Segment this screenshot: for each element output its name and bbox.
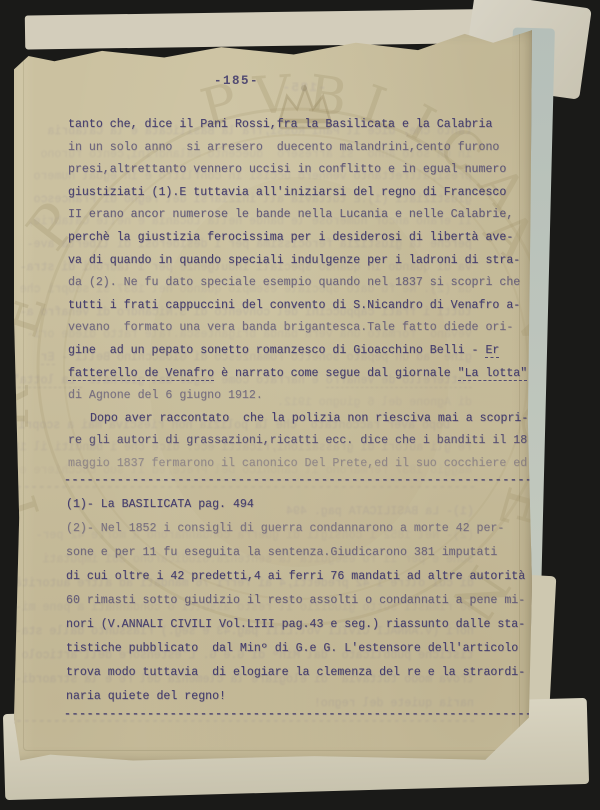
text-segment: in un solo anno si arresero duecento mal… (68, 141, 499, 154)
text-segment: è narrato come segue dal giornale (214, 367, 458, 380)
text-segment: sone e per 11 fu eseguita la sentenza.Gi… (66, 546, 497, 559)
typewritten-line: di cui oltre i 42 predetti,4 ai ferri 76… (66, 565, 532, 589)
typewritten-line: tutti i frati cappuccini del convento di… (68, 295, 530, 318)
typewritten-line: vevano formato una vera banda brigantesc… (68, 317, 530, 340)
underlined-text: fatterello de Venafro (68, 367, 214, 381)
footnotes: (1)- La BASILICATA pag. 494(2)- Nel 1852… (66, 493, 532, 709)
typewritten-line: nori (V.ANNALI CIVILI Vol.LIII pag.43 e … (66, 613, 532, 637)
typewritten-line: maggio 1837 fermarono il canonico Del Pr… (68, 453, 530, 476)
typewritten-line: sone e per 11 fu eseguita la sentenza.Gi… (66, 541, 532, 565)
typewritten-line: fatterello de Venafro è narrato come seg… (68, 363, 530, 386)
typewritten-line: tistiche pubblicato dal Minº di G.e G. L… (66, 637, 532, 661)
typewritten-line: (2)- Nel 1852 i consigli di guerra conda… (66, 517, 532, 541)
typewritten-line: II erano ancor numerose le bande nella L… (68, 204, 530, 227)
typewritten-line: va di quando in quando speciali indulgen… (68, 250, 530, 273)
text-segment: nori (V.ANNALI CIVILI Vol.LIII pag.43 e … (66, 618, 525, 631)
underlined-text: Er (485, 344, 499, 358)
footnote-separator: ----------------------------------------… (64, 474, 534, 487)
typewritten-line: (1)- La BASILICATA pag. 494 (66, 493, 532, 517)
scanned-book-page-scene: PVBLICA P E R I A V G E N -185- tanto ch… (0, 0, 600, 810)
text-segment: giustiziati (1).E tuttavia all'iniziarsi… (68, 186, 506, 199)
text-segment: vevano formato una vera banda brigantesc… (68, 321, 513, 334)
underlined-text: "La lotta" (458, 367, 528, 381)
typewritten-line: tanto che, dice il Pani Rossi,fra la Bas… (68, 114, 530, 137)
text-segment: tistiche pubblicato dal Minº di G.e G. L… (66, 642, 518, 655)
text-segment: da (2). Ne fu dato speciale esempio quan… (68, 276, 520, 289)
text-segment: (2)- Nel 1852 i consigli di guerra conda… (66, 522, 504, 535)
typewritten-line: gine ad un pepato sonetto romanzesco di … (68, 340, 530, 363)
document-page: PVBLICA P E R I A V G E N -185- tanto ch… (14, 22, 532, 762)
text-segment: presi,altrettanto vennero uccisi in conf… (68, 163, 506, 176)
typewritten-line: re gli autori di grassazioni,ricatti ecc… (68, 430, 530, 453)
text-segment: trova modo tuttavia di elogiare la cleme… (66, 666, 525, 679)
text-segment: va di quando in quando speciali indulgen… (68, 254, 520, 267)
typewritten-line: naria quiete del regno! (66, 685, 532, 709)
typewritten-line: di Agnone del 6 giugno 1912. (68, 385, 530, 408)
text-segment: (1)- La BASILICATA pag. 494 (66, 498, 254, 511)
typewritten-line: presi,altrettanto vennero uccisi in conf… (68, 159, 530, 182)
page-number: -185- (214, 74, 259, 88)
typewritten-line: Dopo aver raccontato che la polizia non … (68, 408, 530, 431)
typewritten-line: trova modo tuttavia di elogiare la cleme… (66, 661, 532, 685)
text-segment: tutti i frati cappuccini del convento di… (68, 299, 520, 312)
text-segment: maggio 1837 fermarono il canonico Del Pr… (68, 457, 527, 470)
text-segment: di cui oltre i 42 predetti,4 ai ferri 76… (66, 570, 525, 583)
typewritten-line: perchè la giustizia ferocissima per i de… (68, 227, 530, 250)
body-text: tanto che, dice il Pani Rossi,fra la Bas… (68, 114, 530, 476)
typewritten-line: giustiziati (1).E tuttavia all'iniziarsi… (68, 182, 530, 205)
text-segment: 60 rimasti sotto giudizio il resto assol… (66, 594, 525, 607)
typewritten-content: -185- tanto che, dice il Pani Rossi,fra … (14, 22, 532, 762)
text-segment: gine ad un pepato sonetto romanzesco di … (68, 344, 485, 357)
text-segment: perchè la giustizia ferocissima per i de… (68, 231, 513, 244)
text-segment: naria quiete del regno! (66, 690, 226, 703)
typewritten-line: 60 rimasti sotto giudizio il resto assol… (66, 589, 532, 613)
text-segment: re gli autori di grassazioni,ricatti ecc… (68, 434, 527, 447)
text-segment: di Agnone del 6 giugno 1912. (68, 389, 263, 402)
typewritten-line: in un solo anno si arresero duecento mal… (68, 137, 530, 160)
text-segment: Dopo aver raccontato che la polizia non … (90, 412, 528, 425)
bottom-separator: ----------------------------------------… (64, 708, 534, 721)
typewritten-line: da (2). Ne fu dato speciale esempio quan… (68, 272, 530, 295)
text-segment: tanto che, dice il Pani Rossi,fra la Bas… (68, 118, 492, 131)
text-segment: II erano ancor numerose le bande nella L… (68, 208, 513, 221)
